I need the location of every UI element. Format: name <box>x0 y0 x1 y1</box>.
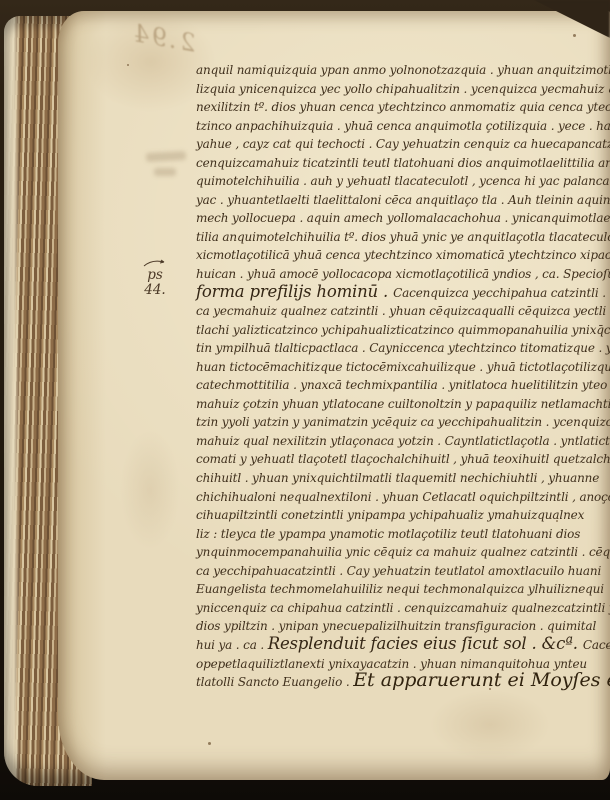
manuscript-text-segment: yahue , cayz cat qui techocti . Cay yehu… <box>196 137 610 151</box>
manuscript-text-segment: mech yollocuepa . aquin amech yollomalac… <box>196 211 610 225</box>
manuscript-text-segment: yniccenquiz ca chipahua catzintli . cenq… <box>196 601 610 615</box>
book-photo: 2.94 ps 44. anquil namiquizquia ypan anm… <box>0 0 610 800</box>
manuscript-text-segment: tzinco anpachihuizquia . yhuā cenca anqu… <box>196 119 610 133</box>
manuscript-line: huican . yhuā amocē yollocacopa xicmotla… <box>196 263 592 282</box>
manuscript-line: ca yecmahuiz qualnez catzintli . yhuan c… <box>196 300 592 319</box>
manuscript-line: mech yollocuepa . aquin amech yollomalac… <box>196 207 592 226</box>
manuscript-line: hui ya . ca . Resplenduit facies eius ſi… <box>196 634 592 653</box>
manuscript-line: mahuiz çotzin yhuan ytlatocane cuiltonol… <box>196 393 592 412</box>
manuscript-line: chichihualoni nequalnextiloni . yhuan Ce… <box>196 486 592 505</box>
manuscript-text-segment: comati y yehuatl tlaçotetl tlaçochalchih… <box>196 452 610 466</box>
manuscript-text-segment: Cacenca <box>583 638 610 652</box>
manuscript-text-segment: Euangelista techmomelahuililiz nequi tec… <box>196 582 604 596</box>
manuscript-text-segment: liz : tleyca tle ypampa ynamotic motlaço… <box>196 527 580 541</box>
manuscript-text-segment: tin ympilhuā tlalticpactlaca . Cayniccen… <box>196 341 610 355</box>
manuscript-line: tzinco anpachihuizquia . yhuā cenca anqu… <box>196 115 592 134</box>
manuscript-text-segment: quimotelchihuilia . auh y yehuatl tlacat… <box>196 174 610 188</box>
speck <box>208 742 211 745</box>
manuscript-text-segment: tlachi yalizticatzinco ychipahualizticat… <box>196 323 610 337</box>
manuscript-text-segment: huan tictocēmachitizque tictocēmixcahuil… <box>196 360 610 374</box>
manuscript-line: Euangelista techmomelahuililiz nequi tec… <box>196 578 592 597</box>
manuscript-line: huan tictocēmachitizque tictocēmixcahuil… <box>196 356 592 375</box>
manuscript-text-segment: tzin yyoli yatzin y yanimatzin ycēquiz c… <box>196 415 610 429</box>
manuscript-line: tin ympilhuā tlalticpactlaca . Cayniccen… <box>196 337 592 356</box>
manuscript-text-segment: xicmotlaçotilicā yhuā cenca ytechtzinco … <box>196 248 610 262</box>
manuscript-text-segment: cihuapiltzintli conetzintli ynipampa ych… <box>196 508 584 522</box>
manuscript-line: dios ypiltzin . ynipan ynecuepalizilhuit… <box>196 615 592 634</box>
manuscript-text-segment: ca yecmahuiz qualnez catzintli . yhuan c… <box>196 304 610 318</box>
manuscript-text-segment: Cacenquizca yecchipahua catzintli . cēqu… <box>393 286 610 300</box>
manuscript-line: ca yecchipahuacatzintli . Cay yehuatzin … <box>196 560 592 579</box>
manuscript-line: mahuiz qual nexilitzin ytlaçonaca yotzin… <box>196 430 592 449</box>
margin-note-line2: 44. <box>138 283 172 298</box>
manuscript-text-segment: forma prefilijs hominū . <box>196 282 393 301</box>
manuscript-text-segment: Resplenduit facies eius ſicut sol . &cª. <box>268 634 583 653</box>
manuscript-line: catechmottitilia . ynaxcā techmixpantili… <box>196 374 592 393</box>
manuscript-text-segment: chichihualoni nequalnextiloni . yhuan Ce… <box>196 490 610 504</box>
manuscript-line: yahue , cayz cat qui techocti . Cay yehu… <box>196 133 592 152</box>
manuscript-line: forma prefilijs hominū . Cacenquizca yec… <box>196 282 592 301</box>
manuscript-line: yac . yhuantetlaelti tlaelittaloni cēca … <box>196 189 592 208</box>
manuscript-line: lizquia ynicenquizca yec yollo chipahual… <box>196 78 592 97</box>
manuscript-line: comati y yehuatl tlaçotetl tlaçochalchih… <box>196 448 592 467</box>
manuscript-text-segment: mahuiz çotzin yhuan ytlatocane cuiltonol… <box>196 397 610 411</box>
manuscript-text-segment: ynquinmocempanahuilia ynic cēquiz ca mah… <box>196 545 610 559</box>
bleedthrough-smudge <box>154 168 176 176</box>
manuscript-line: cihuapiltzintli conetzintli ynipampa ych… <box>196 504 592 523</box>
manuscript-line: liz : tleyca tle ypampa ynamotic motlaço… <box>196 523 592 542</box>
manuscript-line: xicmotlaçotilicā yhuā cenca ytechtzinco … <box>196 244 592 263</box>
manuscript-text-segment: huican . yhuā amocē yollocacopa xicmotla… <box>196 267 610 281</box>
manuscript-text-segment: tlatolli Sancto Euangelio . <box>196 675 353 689</box>
speck <box>127 64 129 66</box>
margin-note-line1: ps <box>138 268 172 283</box>
manuscript-text-segment: cenquizcamahuiz ticatzintli teutl tlatoh… <box>196 156 610 170</box>
manuscript-text-segment: tilia anquimotelchihuilia tº. dios yhuā … <box>196 230 610 244</box>
manuscript-text-segment: mahuiz qual nexilitzin ytlaçonaca yotzin… <box>196 434 610 448</box>
manuscript-line: cenquizcamahuiz ticatzintli teutl tlatoh… <box>196 152 592 171</box>
manuscript-line: yniccenquiz ca chipahua catzintli . cenq… <box>196 597 592 616</box>
margin-note-ps44: ps 44. <box>138 258 172 298</box>
manuscript-line: quimotelchihuilia . auh y yehuatl tlacat… <box>196 170 592 189</box>
manuscript-text-segment: dios ypiltzin . ynipan ynecuepalizilhuit… <box>196 619 596 633</box>
manuscript-text-segment: anquil namiquizquia ypan anmo yolnonotza… <box>196 63 610 77</box>
manuscript-line: nexilitzin tº. dios yhuan cenca ytechtzi… <box>196 96 592 115</box>
manuscript-text-segment: yac . yhuantetlaelti tlaelittaloni cēca … <box>196 193 610 207</box>
manuscript-text-segment: lizquia ynicenquizca yec yollo chipahual… <box>196 82 610 96</box>
manuscript-text-segment: ca yecchipahuacatzintli . Cay yehuatzin … <box>196 564 601 578</box>
manuscript-line: tlatolli Sancto Euangelio . Et apparueru… <box>196 671 592 690</box>
manuscript-text-segment: nexilitzin tº. dios yhuan cenca ytechtzi… <box>196 100 610 114</box>
manuscript-line: ynquinmocempanahuilia ynic cēquiz ca mah… <box>196 541 592 560</box>
manuscript-line: chihuitl . yhuan ynixquichtilmatli tlaqu… <box>196 467 592 486</box>
manuscript-text-segment: catechmottitilia . ynaxcā techmixpantili… <box>196 378 607 392</box>
manuscript-line: tilia anquimotelchihuilia tº. dios yhuā … <box>196 226 592 245</box>
manuscript-text-segment: Et apparuerunt ei Moyſes et helias <box>353 669 610 691</box>
manuscript-line: tlachi yalizticatzinco ychipahualizticat… <box>196 319 592 338</box>
margin-note-flourish-icon <box>143 258 167 267</box>
text-block: anquil namiquizquia ypan anmo yolnonotza… <box>196 59 592 690</box>
manuscript-text-segment: chihuitl . yhuan ynixquichtilmatli tlaqu… <box>196 471 599 485</box>
speck <box>573 34 576 37</box>
manuscript-text-segment: hui ya . ca . <box>196 638 268 652</box>
manuscript-line: anquil namiquizquia ypan anmo yolnonotza… <box>196 59 592 78</box>
manuscript-line: tzin yyoli yatzin y yanimatzin ycēquiz c… <box>196 411 592 430</box>
